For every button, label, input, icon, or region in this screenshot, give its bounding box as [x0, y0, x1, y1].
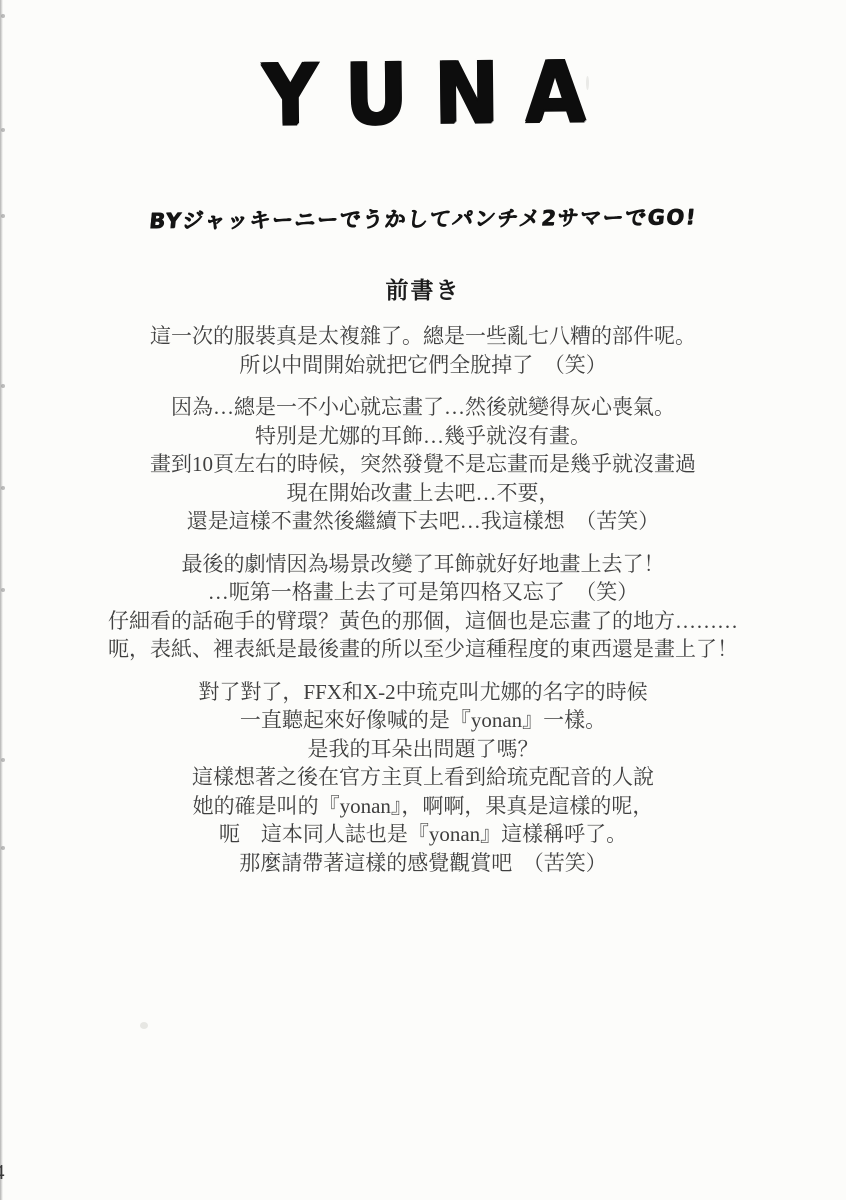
text-line: …呃第一格畫上去了可是第四格又忘了 （笑）	[43, 578, 803, 607]
scan-speck	[1, 846, 5, 850]
preface-paragraph-1: 這一次的服裝真是太複雜了。總是一些亂七八糟的部件呢。 所以中間開始就把它們全脫掉…	[43, 322, 803, 379]
text-line: 現在開始改畫上去吧…不要，	[43, 479, 803, 508]
scanned-doujin-page: YUNA BYジャッキーニーでうかしてパンチメ2サマーでGO! 前書き 這一次的…	[0, 0, 846, 1200]
text-line: 因為…總是一不小心就忘畫了…然後就變得灰心喪氣。	[43, 393, 803, 422]
text-line: 是我的耳朵出問題了嗎？	[43, 735, 803, 764]
scan-speck	[1, 384, 5, 388]
scan-speck	[140, 1022, 148, 1029]
text-line: 所以中間開始就把它們全脫掉了 （笑）	[43, 351, 803, 380]
text-line: 最後的劇情因為場景改變了耳飾就好好地畫上去了！	[43, 550, 803, 579]
byline: BYジャッキーニーでうかしてパンチメ2サマーでGO!	[0, 200, 846, 236]
section-heading: 前書き	[0, 272, 846, 305]
scan-edge-artifact	[0, 0, 3, 1200]
text-line: 她的確是叫的『yonan』，啊啊，果真是這樣的呢，	[43, 792, 803, 821]
text-line: 特別是尤娜的耳飾…幾乎就沒有畫。	[43, 422, 803, 451]
text-line: 呃 這本同人誌也是『yonan』這樣稱呼了。	[43, 820, 803, 849]
preface-body: 這一次的服裝真是太複雜了。總是一些亂七八糟的部件呢。 所以中間開始就把它們全脫掉…	[43, 322, 803, 891]
text-line: 這一次的服裝真是太複雜了。總是一些亂七八糟的部件呢。	[43, 322, 803, 351]
text-line: 對了對了，FFX和X-2中琉克叫尤娜的名字的時候	[43, 678, 803, 707]
scan-speck	[1, 14, 5, 18]
text-line: 呃，表紙、裡表紙是最後畫的所以至少這種程度的東西還是畫上了！	[43, 635, 803, 664]
page-number: 4	[0, 1160, 5, 1185]
scan-speck	[1, 588, 5, 592]
text-line: 一直聽起來好像喊的是『yonan』一樣。	[43, 706, 803, 735]
preface-paragraph-2: 因為…總是一不小心就忘畫了…然後就變得灰心喪氣。 特別是尤娜的耳飾…幾乎就沒有畫…	[43, 393, 803, 536]
text-line: 仔細看的話砲手的臂環？黃色的那個，這個也是忘畫了的地方………	[43, 607, 803, 636]
preface-paragraph-4: 對了對了，FFX和X-2中琉克叫尤娜的名字的時候 一直聽起來好像喊的是『yona…	[43, 678, 803, 878]
text-line: 還是這樣不畫然後繼續下去吧…我這樣想 （苦笑）	[43, 507, 803, 536]
text-line: 這樣想著之後在官方主頁上看到給琉克配音的人說	[43, 763, 803, 792]
text-line: 那麼請帶著這樣的感覺觀賞吧 （苦笑）	[43, 849, 803, 878]
scan-speck	[1, 758, 5, 762]
text-line: 畫到10頁左右的時候，突然發覺不是忘畫而是幾乎就沒畫過	[43, 450, 803, 479]
preface-paragraph-3: 最後的劇情因為場景改變了耳飾就好好地畫上去了！ …呃第一格畫上去了可是第四格又忘…	[43, 550, 803, 664]
scan-speck	[1, 486, 5, 490]
page-title: YUNA	[0, 44, 846, 146]
